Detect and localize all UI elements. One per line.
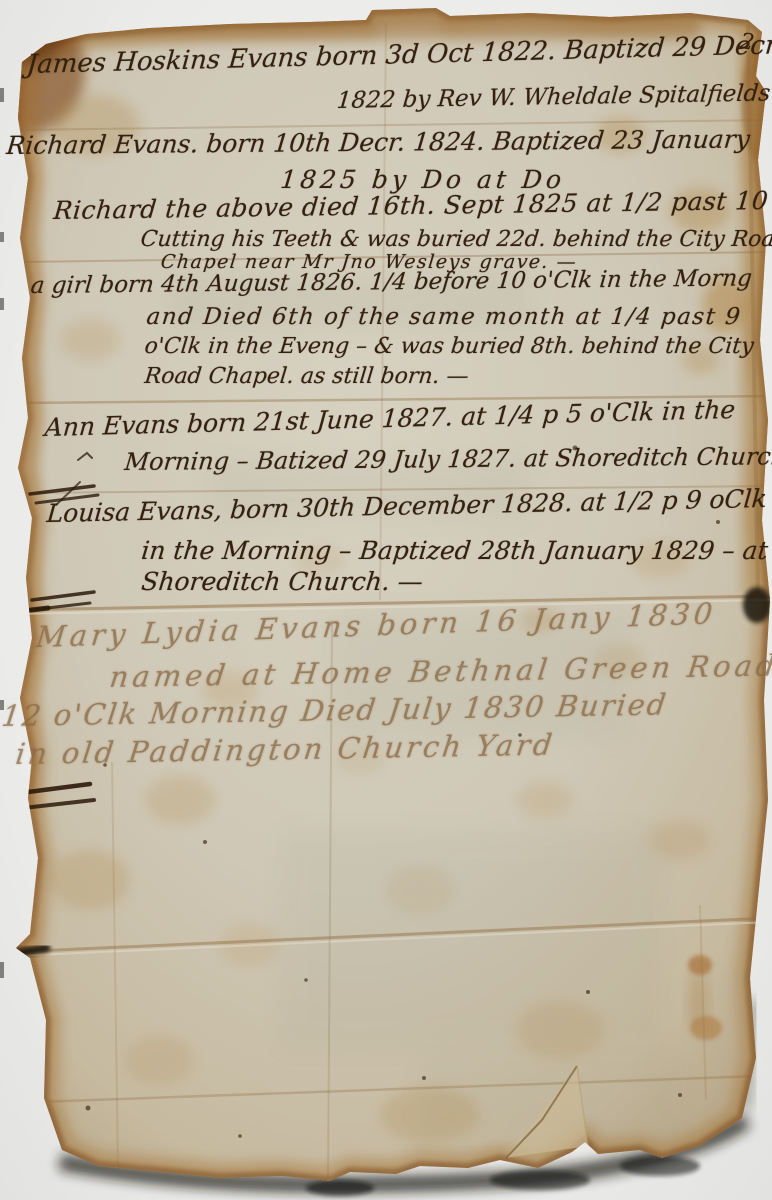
entry-mary-lydia-line-3: 12 o'Clk Morning Died July 1830 Buried (0, 687, 670, 733)
entry-ann-line-1: Ann Evans born 21st June 1827. at 1/4 p … (44, 395, 737, 442)
entry-james-line-1: James Hoskins Evans born 3d Oct 1822. Ba… (26, 30, 772, 80)
entry-mary-lydia-line-2: named at Home Bethnal Green Road (108, 648, 772, 694)
manuscript-photo: 2 James Hoskins Evans born 3d Oct 1822. … (0, 0, 772, 1200)
entry-girl-line-2: and Died 6th of the same month at 1/4 pa… (145, 304, 742, 330)
entry-richard-line-1: Richard Evans. born 10th Decr. 1824. Bap… (5, 125, 751, 161)
entry-james-line-2: 1822 by Rev W. Wheldale Spitalfields Chu… (336, 79, 772, 114)
entry-girl-line-3: o'Clk in the Eveng – & was buried 8th. b… (143, 334, 755, 359)
entry-richard-death-line-1: Richard the above died 16th. Sept 1825 a… (52, 186, 769, 225)
entry-mary-lydia-line-1: Mary Lydia Evans born 16 Jany 1830 (34, 596, 718, 654)
entry-mary-lydia-line-4: in old Paddington Church Yard (14, 728, 557, 771)
entry-louisa-line-2: in the Morning – Baptized 28th January 1… (140, 536, 769, 565)
entry-richard-death-line-2: Cutting his Teeth & was buried 22d. behi… (139, 227, 772, 252)
entry-girl-line-1: a girl born 4th August 1826. 1/4 before … (30, 265, 754, 299)
entry-louisa-line-1: Louisa Evans, born 30th December 1828. a… (46, 484, 769, 528)
entry-ann-line-2: Morning – Batized 29 July 1827. at Shore… (123, 442, 772, 476)
entry-louisa-line-3: Shoreditch Church. — (140, 567, 424, 596)
entry-girl-line-4: Road Chapel. as still born. — (143, 364, 470, 389)
manuscript-text-layer: 2 James Hoskins Evans born 3d Oct 1822. … (0, 0, 772, 1200)
